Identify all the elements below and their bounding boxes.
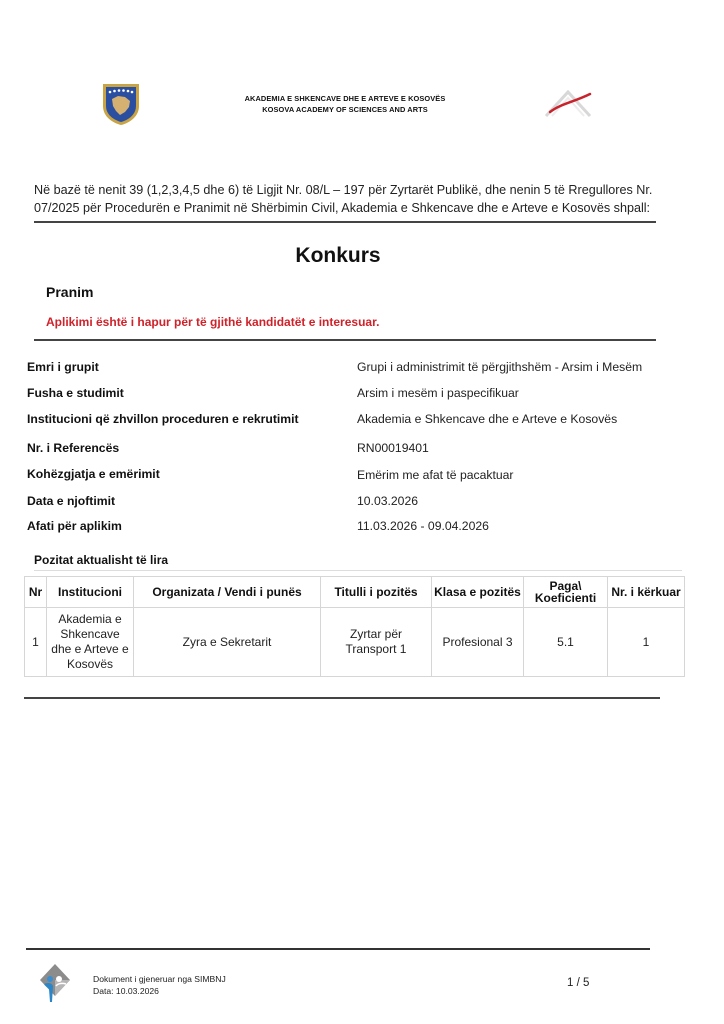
column-header: Klasa e pozitës	[432, 577, 524, 608]
footer-info: Dokument i gjeneruar nga SIMBNJ Data: 10…	[93, 973, 226, 997]
academy-logo-icon	[540, 86, 596, 120]
positions-table: Nr Institucioni Organizata / Vendi i pun…	[24, 576, 685, 677]
institution-name-en: KOSOVA ACADEMY OF SCIENCES AND ARTS	[200, 104, 490, 115]
field-of-study-value: Arsim i mesëm i paspecifikuar	[357, 386, 519, 400]
divider	[34, 339, 656, 341]
cell-organization: Zyra e Sekretarit	[134, 608, 321, 677]
recruiting-institution-value: Akademia e Shkencave dhe e Arteve e Koso…	[357, 412, 617, 426]
cell-position-class: Profesional 3	[432, 608, 524, 677]
application-deadline-value: 11.03.2026 - 09.04.2026	[357, 519, 489, 533]
appointment-duration-label: Kohëzgjatja e emërimit	[27, 467, 160, 481]
page-title: Konkurs	[0, 244, 676, 268]
reference-number-label: Nr. i Referencës	[27, 441, 119, 455]
institution-name-sq: AKADEMIA E SHKENCAVE DHE E ARTEVE E KOSO…	[200, 93, 490, 104]
column-header: Organizata / Vendi i punës	[134, 577, 321, 608]
cell-position-title: Zyrtar për Transport 1	[321, 608, 432, 677]
table-header-row: Nr Institucioni Organizata / Vendi i pun…	[25, 577, 685, 608]
legal-basis-paragraph: Në bazë të nenit 39 (1,2,3,4,5 dhe 6) të…	[34, 181, 654, 217]
kosovo-coat-of-arms-icon	[101, 82, 141, 126]
simbnj-logo-icon	[38, 962, 72, 1004]
footer-divider	[26, 948, 650, 950]
positions-section-title: Pozitat aktualisht të lira	[34, 553, 168, 567]
announcement-date-label: Data e njoftimit	[27, 494, 115, 508]
page-number: 1 / 5	[567, 977, 589, 989]
announcement-type: Pranim	[46, 284, 93, 300]
institution-header: AKADEMIA E SHKENCAVE DHE E ARTEVE E KOSO…	[200, 93, 490, 115]
column-header: Titulli i pozitës	[321, 577, 432, 608]
generated-date-text: Data: 10.03.2026	[93, 985, 226, 997]
column-header: Paga\ Koeficienti	[524, 577, 608, 608]
cell-salary-coefficient: 5.1	[524, 608, 608, 677]
column-header: Nr. i kërkuar	[608, 577, 685, 608]
eligibility-notice: Aplikimi është i hapur për të gjithë kan…	[46, 315, 379, 329]
appointment-duration-value: Emërim me afat të pacaktuar	[357, 468, 513, 482]
divider	[24, 697, 660, 699]
field-of-study-label: Fusha e studimit	[27, 386, 124, 400]
group-name-label: Emri i grupit	[27, 360, 99, 374]
column-header: Nr	[25, 577, 47, 608]
cell-institution: Akademia e Shkencave dhe e Arteve e Koso…	[47, 608, 134, 677]
generated-by-text: Dokument i gjeneruar nga SIMBNJ	[93, 973, 226, 985]
section-divider	[34, 570, 682, 571]
group-name-value: Grupi i administrimit të përgjithshëm - …	[357, 360, 642, 374]
table-row: 1 Akademia e Shkencave dhe e Arteve e Ko…	[25, 608, 685, 677]
application-deadline-label: Afati për aplikim	[27, 519, 122, 533]
column-header: Institucioni	[47, 577, 134, 608]
cell-required-count: 1	[608, 608, 685, 677]
cell-nr: 1	[25, 608, 47, 677]
recruiting-institution-label: Institucioni që zhvillon proceduren e re…	[27, 412, 299, 426]
reference-number-value: RN00019401	[357, 441, 429, 455]
divider	[34, 221, 656, 223]
announcement-date-value: 10.03.2026	[357, 494, 418, 508]
